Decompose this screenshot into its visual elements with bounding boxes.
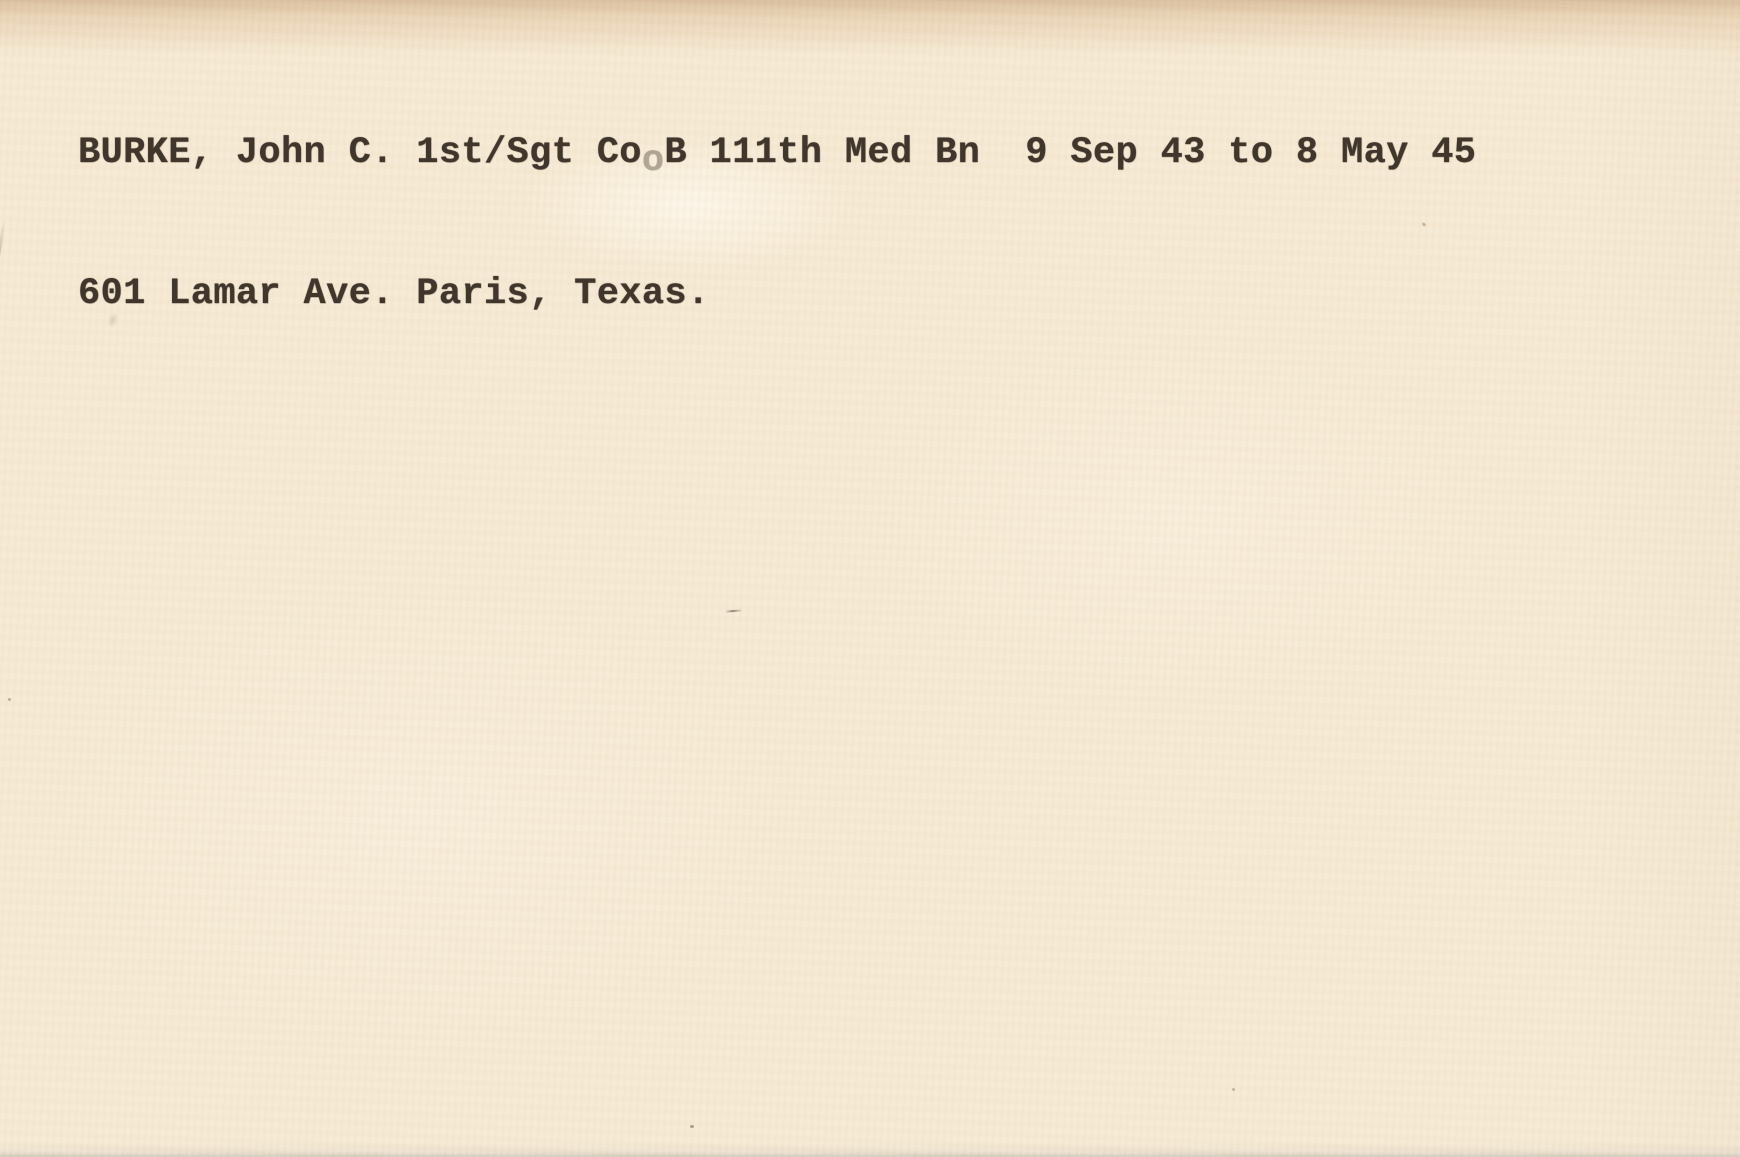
line1-text: BURKE, John C. 1st/Sgt Co <box>78 132 642 174</box>
typed-line-1: BURKE, John C. 1st/Sgt CooB 111th Med Bn… <box>78 130 1476 177</box>
typed-line-2: 601 Lamar Ave. Paris, Texas. <box>78 271 1476 318</box>
line2-text: 601 Lamar Ave. Paris, Texas. <box>78 273 710 315</box>
pencil-dash-mark <box>726 609 742 612</box>
line1-text-continued: B 111th Med Bn 9 Sep 43 to 8 May 45 <box>664 132 1476 174</box>
paper-speck <box>690 1125 694 1128</box>
overstrike-ghost-char: o <box>642 138 665 185</box>
index-card: BURKE, John C. 1st/Sgt CooB 111th Med Bn… <box>0 0 1740 1157</box>
paper-speck <box>8 698 11 701</box>
left-edge-crease <box>0 220 6 304</box>
paper-speck <box>1232 1088 1235 1091</box>
typed-text-block: BURKE, John C. 1st/Sgt CooB 111th Med Bn… <box>78 36 1476 412</box>
